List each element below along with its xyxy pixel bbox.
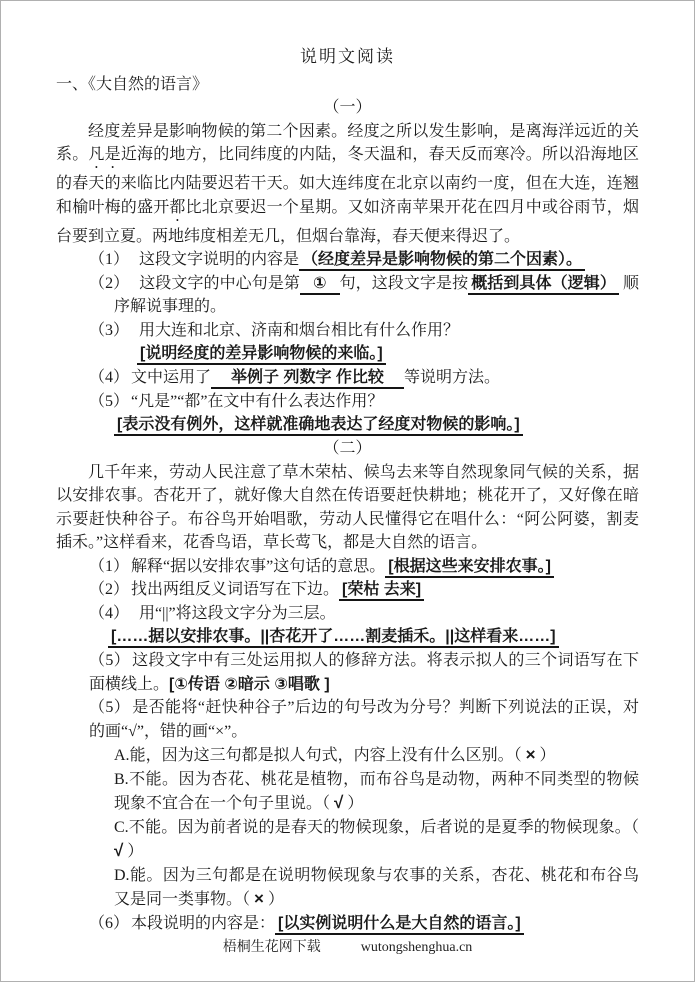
question-text: 这段文字的中心句是第: [139, 275, 300, 292]
question-text: 解释“据以安排农事”这句话的意思。: [131, 558, 385, 575]
part1-question-4: （4）文中运用了举例子 列数字 作比较等说明方法。: [89, 366, 639, 390]
part2-question-5a: （5）这段文字中有三处运用拟人的修辞方法。将表示拟人的三个词语写在下面横线上。[…: [89, 649, 639, 696]
part1-question-2: （2）这段文字的中心句是第①句，这段文字是按概括到具体（逻辑） 顺序解说事理的。: [89, 272, 639, 319]
option-text: 能，因为这三句都是拟人句式，内容上没有什么区别。（: [130, 747, 526, 764]
option-close: ）: [536, 747, 556, 764]
question-text-2: 等说明方法。: [404, 369, 500, 386]
answer-text: [表示没有例外，这样就准确地表达了经度对物候的影响。]: [114, 416, 523, 436]
option-label: C.: [114, 819, 129, 836]
option-text: 不能。因为杏花、桃花是植物，而布谷鸟是动物，两种不同类型的物候现象不宜合在一个句…: [114, 771, 639, 813]
question-text: 这段文字说明的内容是: [139, 251, 299, 268]
option-close: ）: [343, 795, 363, 812]
option-label: A.: [114, 747, 130, 764]
question-text-2: 句，这段文字是按: [340, 275, 469, 292]
footer-site-url: wutongshenghua.cn: [361, 936, 473, 960]
part2-question-6: （6）本段说明的内容是：[以实例说明什么是大自然的语言。]: [89, 912, 639, 936]
part1-question-5: （5）“凡是”“都”在文中有什么表达作用？: [89, 390, 639, 414]
question-text: “凡是”“都”在文中有什么表达作用？: [131, 393, 383, 410]
passage-1: 经度差异是影响物候的第二个因素。经度之所以发生影响，是离海洋远近的关系。凡是近海…: [56, 120, 639, 249]
section-1-heading: 一、《大自然的语言》: [56, 73, 639, 97]
part2-question-1: （1）解释“据以安排农事”这句话的意思。[根据这些来安排农事。]: [89, 555, 639, 579]
question-text: 用大连和北京、济南和烟台相比有什么作用？: [139, 322, 459, 339]
option-label: D.: [114, 867, 130, 884]
judgement-mark: ×: [254, 889, 264, 908]
option-close: ）: [123, 843, 143, 860]
part1-question-1: （1）这段文字说明的内容是（经度差异是影响物候的第二个因素）。: [89, 248, 639, 272]
judgement-mark: √: [334, 793, 343, 812]
question-number: （4）: [89, 605, 129, 622]
answer-text: 概括到具体（逻辑）: [468, 275, 619, 295]
question-number: （3）: [89, 322, 129, 339]
question-number: （5）: [89, 699, 130, 716]
part-2-label: （二）: [56, 437, 639, 461]
answer-text: [以实例说明什么是大自然的语言。]: [275, 915, 524, 935]
question-text: 是否能将“赶快种谷子”后边的句号改为分号？判断下列说法的正误，对的画“√”，错的…: [89, 699, 639, 740]
option-d: D.能。因为三句都是在说明物候现象与农事的关系，杏花、桃花和布谷鸟又是同一类事物…: [114, 864, 639, 912]
part2-question-4: （4）用“||”将这段文字分为三层。: [89, 602, 639, 626]
blank-answer: ①: [300, 275, 340, 295]
question-number: （5）: [89, 652, 130, 669]
question-number: （5）: [89, 393, 129, 410]
option-text: 能。因为三句都是在说明物候现象与农事的关系，杏花、桃花和布谷鸟又是同一类事物。（: [114, 867, 639, 909]
question-number: （1）: [89, 251, 129, 268]
answer-text: [根据这些来安排农事。]: [385, 558, 554, 578]
part1-question-3-answer: [说明经度的差异影响物候的来临。]: [137, 342, 639, 366]
emphasis-word-dou: 都: [169, 199, 185, 216]
judgement-mark: ×: [526, 745, 536, 764]
part2-question-5b: （5）是否能将“赶快种谷子”后边的句号改为分号？判断下列说法的正误，对的画“√”…: [89, 696, 639, 743]
question-number: （6）: [89, 915, 129, 932]
question-text: 文中运用了: [131, 369, 211, 386]
option-close: ）: [264, 891, 284, 908]
question-text: 本段说明的内容是：: [131, 915, 275, 932]
judgement-mark: √: [114, 841, 123, 860]
question-text: 用“||”将这段文字分为三层。: [139, 605, 336, 622]
page-title: 说明文阅读: [56, 45, 639, 69]
part-1-label: （一）: [56, 96, 639, 120]
question-number: （2）: [89, 275, 129, 292]
part2-question-2: （2）找出两组反义词语写在下边。[荣枯 去来]: [89, 578, 639, 602]
answer-text: [……据以安排农事。||杏花开了……割麦插禾。||这样看来……]: [108, 628, 559, 648]
answer-text: [荣枯 去来]: [339, 581, 424, 601]
worksheet-page: 说明文阅读 一、《大自然的语言》 （一） 经度差异是影响物候的第二个因素。经度之…: [0, 0, 695, 982]
part1-question-3: （3）用大连和北京、济南和烟台相比有什么作用？: [89, 319, 639, 343]
question-number: （1）: [89, 558, 129, 575]
option-a: A.能，因为这三句都是拟人句式，内容上没有什么区别。（ × ）: [114, 743, 639, 768]
question-number: （4）: [89, 369, 129, 386]
option-b: B.不能。因为杏花、桃花是植物，而布谷鸟是动物，两种不同类型的物候现象不宜合在一…: [114, 768, 639, 816]
passage-2: 几千年来，劳动人民注意了草木荣枯、候鸟去来等自然现象同气候的关系，据以安排农事。…: [56, 461, 639, 555]
emphasis-word-fanshi: 凡是: [88, 146, 120, 163]
footer-site-name: 梧桐生花网下载: [223, 936, 321, 960]
question-number: （2）: [89, 581, 129, 598]
answer-text: [说明经度的差异影响物候的来临。]: [137, 345, 386, 365]
answer-text: 举例子 列数字 作比较: [211, 369, 404, 389]
answer-text: [①传语 ②暗示 ③唱歌 ]: [169, 676, 330, 693]
question-text: 找出两组反义词语写在下边。: [131, 581, 339, 598]
option-text: 不能。因为前者说的是春天的物候现象，后者说的是夏季的物候现象。（: [129, 819, 639, 836]
answer-text: （经度差异是影响物候的第二个因素）。: [299, 251, 585, 271]
option-c: C.不能。因为前者说的是春天的物候现象，后者说的是夏季的物候现象。（ √ ）: [114, 816, 639, 864]
part2-question-4-answer: [……据以安排农事。||杏花开了……割麦插禾。||这样看来……]: [108, 625, 639, 649]
option-label: B.: [114, 771, 129, 788]
part1-question-5-answer: [表示没有例外，这样就准确地表达了经度对物候的影响。]: [114, 413, 639, 437]
page-footer: 梧桐生花网下载 wutongshenghua.cn: [1, 936, 694, 960]
